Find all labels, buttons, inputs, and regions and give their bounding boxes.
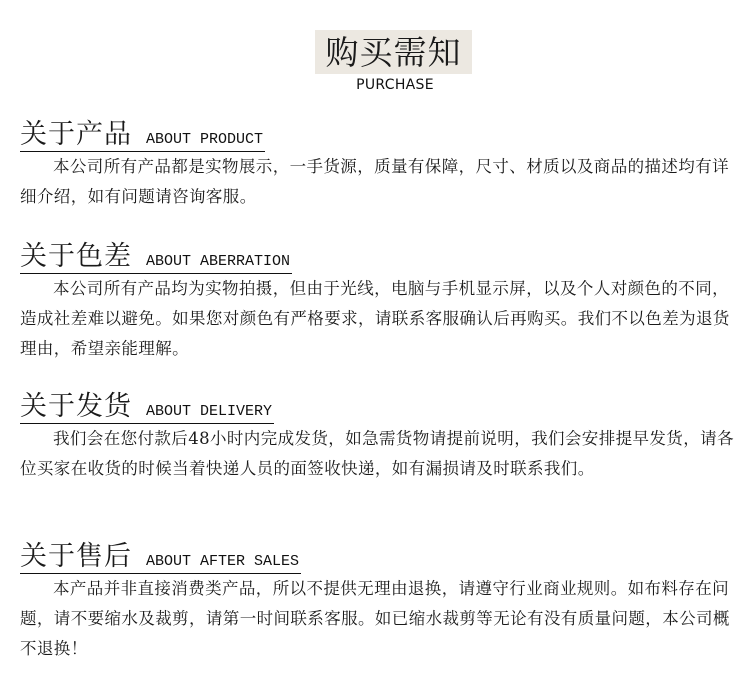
- section-heading: 关于发货 ABOUT DELIVERY: [20, 392, 274, 424]
- section-about-delivery: 关于发货 ABOUT DELIVERY 我们会在您付款后48小时内完成发货，如急…: [20, 392, 740, 484]
- page-title-box: 购买需知: [315, 30, 472, 74]
- section-body: 本公司所有产品都是实物展示，一手货源，质量有保障，尺寸、材质以及商品的描述均有详…: [20, 152, 740, 212]
- section-title-cn: 关于发货: [20, 392, 132, 422]
- section-title-en: ABOUT AFTER SALES: [146, 553, 299, 570]
- section-about-after-sales: 关于售后 ABOUT AFTER SALES 本产品并非直接消费类产品，所以不提…: [20, 542, 740, 664]
- section-body: 本产品并非直接消费类产品，所以不提供无理由退换，请遵守行业商业规则。如布料存在问…: [20, 574, 740, 664]
- section-body: 我们会在您付款后48小时内完成发货，如急需货物请提前说明，我们会安排提早发货，请…: [20, 424, 740, 484]
- section-heading: 关于产品 ABOUT PRODUCT: [20, 120, 265, 152]
- section-heading: 关于色差 ABOUT ABERRATION: [20, 242, 292, 274]
- section-title-en: ABOUT ABERRATION: [146, 253, 290, 270]
- section-title-en: ABOUT PRODUCT: [146, 131, 263, 148]
- section-about-product: 关于产品 ABOUT PRODUCT 本公司所有产品都是实物展示，一手货源，质量…: [20, 120, 740, 212]
- section-body: 本公司所有产品均为实物拍摄，但由于光线，电脑与手机显示屏，以及个人对颜色的不同，…: [20, 274, 740, 364]
- section-title-cn: 关于售后: [20, 542, 132, 572]
- page-title: 购买需知: [326, 36, 462, 69]
- section-title-cn: 关于产品: [20, 120, 132, 150]
- section-heading: 关于售后 ABOUT AFTER SALES: [20, 542, 301, 574]
- page-subtitle: PURCHASE: [315, 77, 475, 93]
- section-title-en: ABOUT DELIVERY: [146, 403, 272, 420]
- section-title-cn: 关于色差: [20, 242, 132, 272]
- section-about-aberration: 关于色差 ABOUT ABERRATION 本公司所有产品均为实物拍摄，但由于光…: [20, 242, 740, 364]
